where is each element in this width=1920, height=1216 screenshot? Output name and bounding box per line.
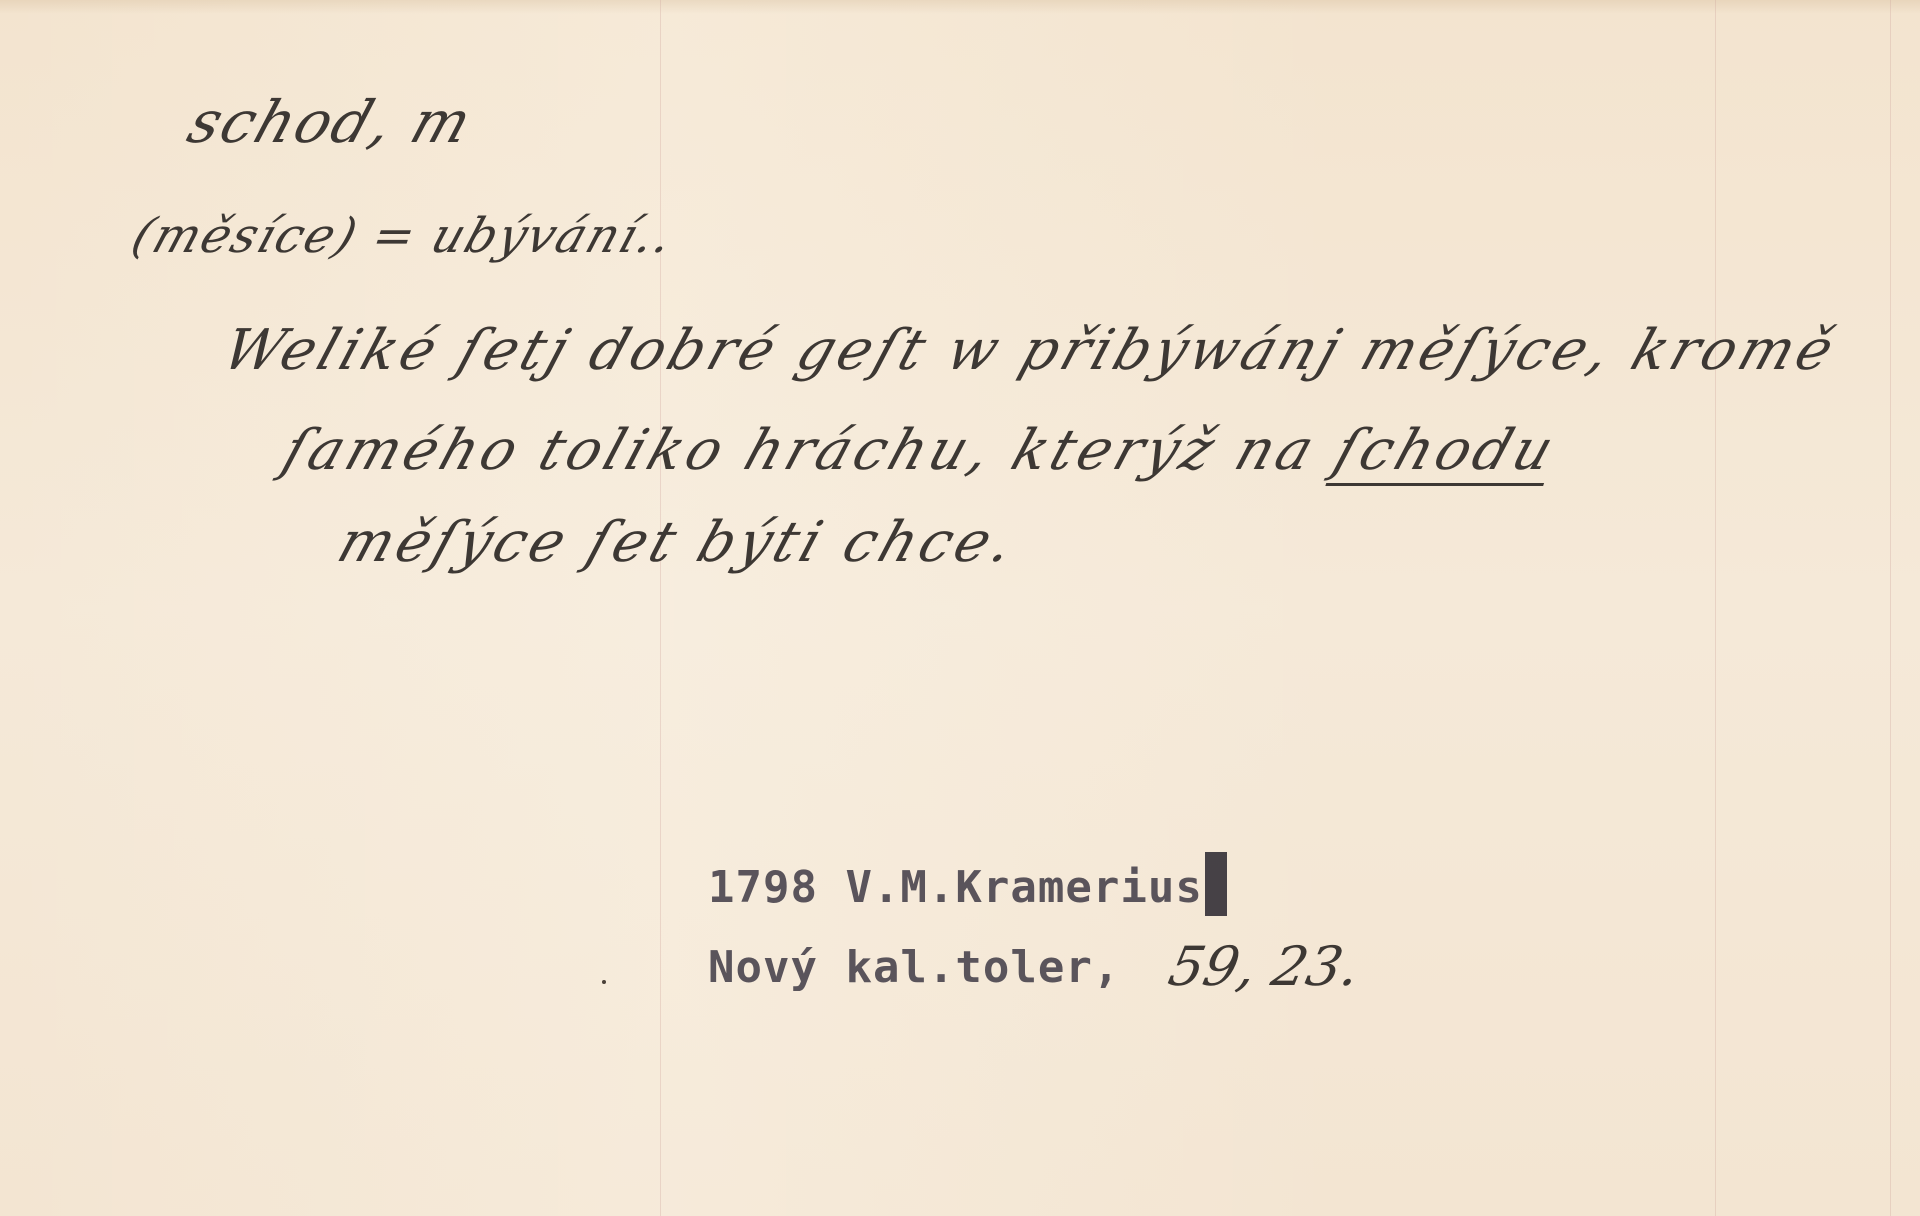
index-card: schod, m (měsíce) = ubývání.. Weliké ſet… <box>0 0 1920 1216</box>
headword: schod, m <box>180 88 482 156</box>
source-stamp-title: Nový kal.toler, <box>708 942 1120 993</box>
source-stamp-author: 1798 V.M.Kramerius <box>708 852 1227 916</box>
paper-fiber-line <box>1890 0 1891 1216</box>
quotation-line-3: měſýce ſet býti chce. <box>330 510 1026 575</box>
stamp-ink-blot-icon <box>1205 852 1227 916</box>
page-reference: 59, 23. <box>1163 935 1365 998</box>
paper-fiber-line <box>660 0 661 1216</box>
ink-speck <box>602 980 606 984</box>
quotation-line-2-text: ſamého toliko hráchu, kterýž na <box>275 418 1347 483</box>
underlined-headword-occurrence: ſchodu <box>1326 418 1565 483</box>
quotation-line-2: ſamého toliko hráchu, kterýž na ſchodu <box>275 418 1565 483</box>
paper-fiber-line <box>1715 0 1716 1216</box>
sense-definition: (měsíce) = ubývání.. <box>125 208 682 264</box>
quotation-line-1: Weliké ſetj dobré geſt w přibýwánj měſýc… <box>215 318 1845 383</box>
stamp-author-text: 1798 V.M.Kramerius <box>708 862 1203 913</box>
